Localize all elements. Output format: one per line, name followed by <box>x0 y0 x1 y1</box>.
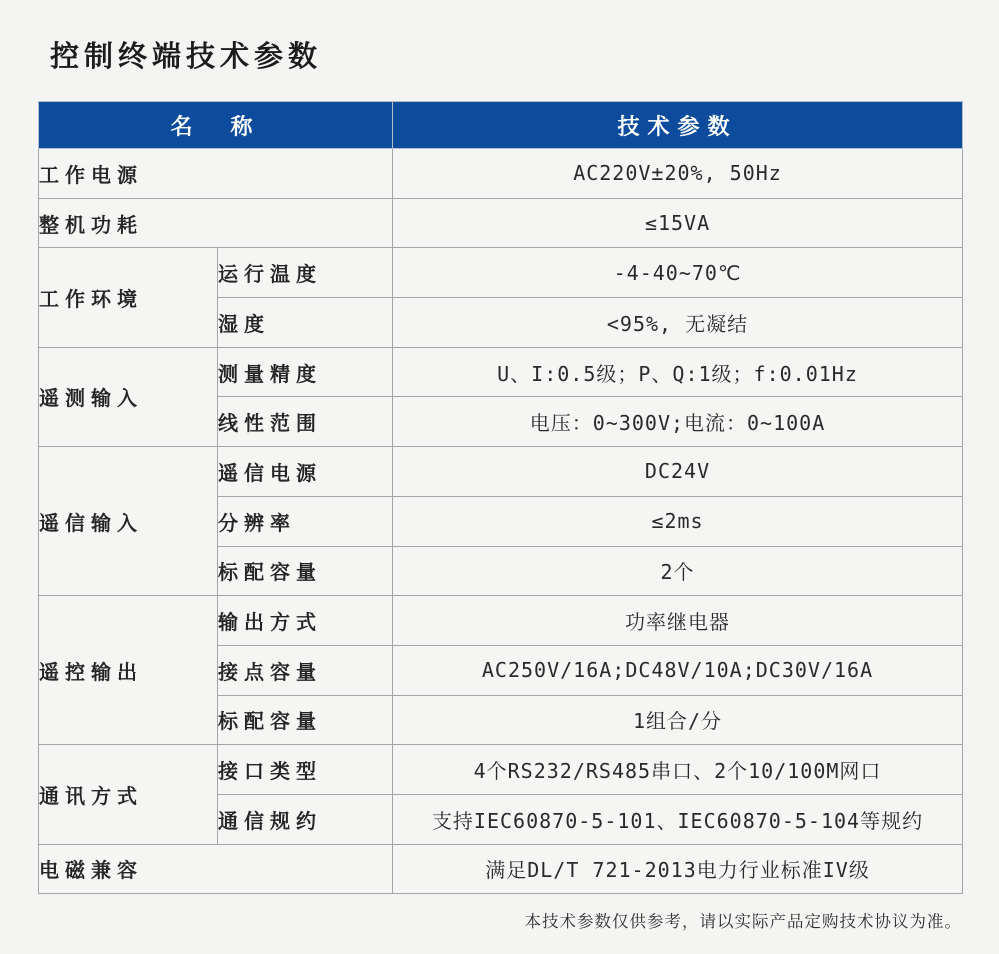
column-header-name: 名 称 <box>39 102 393 149</box>
table-row: 电磁兼容 满足DL/T 721-2013电力行业标准IV级 <box>39 844 963 894</box>
table-row: 遥测输入 测量精度 U、I:0.5级；P、Q:1级；f:0.01Hz <box>39 347 963 397</box>
row-group-label: 遥控输出 <box>39 596 218 745</box>
row-group-label: 工作环境 <box>39 248 218 347</box>
row-value: <95%, 无凝结 <box>393 298 963 348</box>
row-label: 工作电源 <box>39 149 393 199</box>
spec-table: 名 称 技术参数 工作电源 AC220V±20%, 50Hz 整机功耗 ≤15V… <box>38 101 963 894</box>
row-group-label: 遥信输入 <box>39 447 218 596</box>
table-row: 遥控输出 输出方式 功率继电器 <box>39 596 963 646</box>
row-value: ≤15VA <box>393 198 963 248</box>
row-value: 满足DL/T 721-2013电力行业标准IV级 <box>393 844 963 894</box>
row-sub-label: 接点容量 <box>218 645 393 695</box>
row-sub-label: 遥信电源 <box>218 447 393 497</box>
row-value: U、I:0.5级；P、Q:1级；f:0.01Hz <box>393 347 963 397</box>
row-sub-label: 测量精度 <box>218 347 393 397</box>
row-value: -4-40~70℃ <box>393 248 963 298</box>
row-value: 电压：0~300V;电流：0~100A <box>393 397 963 447</box>
row-sub-label: 标配容量 <box>218 695 393 745</box>
page: 控制终端技术参数 名 称 技术参数 工作电源 AC220V±20%, 50Hz … <box>0 0 999 954</box>
column-header-value: 技术参数 <box>393 102 963 149</box>
row-value: 1组合/分 <box>393 695 963 745</box>
row-sub-label: 输出方式 <box>218 596 393 646</box>
row-value: 2个 <box>393 546 963 596</box>
row-value: 功率继电器 <box>393 596 963 646</box>
table-row: 整机功耗 ≤15VA <box>39 198 963 248</box>
row-label: 整机功耗 <box>39 198 393 248</box>
row-value: AC250V/16A;DC48V/10A;DC30V/16A <box>393 645 963 695</box>
table-row: 通讯方式 接口类型 4个RS232/RS485串口、2个10/100M网口 <box>39 745 963 795</box>
footnote: 本技术参数仅供参考，请以实际产品定购技术协议为准。 <box>525 908 963 932</box>
row-value: AC220V±20%, 50Hz <box>393 149 963 199</box>
table-row: 工作环境 运行温度 -4-40~70℃ <box>39 248 963 298</box>
page-title: 控制终端技术参数 <box>50 34 322 75</box>
row-group-label: 通讯方式 <box>39 745 218 844</box>
row-value: ≤2ms <box>393 496 963 546</box>
table-row: 工作电源 AC220V±20%, 50Hz <box>39 149 963 199</box>
row-sub-label: 线性范围 <box>218 397 393 447</box>
row-sub-label: 湿度 <box>218 298 393 348</box>
row-value: 支持IEC60870-5-101、IEC60870-5-104等规约 <box>393 794 963 844</box>
row-sub-label: 运行温度 <box>218 248 393 298</box>
table-row: 遥信输入 遥信电源 DC24V <box>39 447 963 497</box>
row-label: 电磁兼容 <box>39 844 393 894</box>
row-sub-label: 标配容量 <box>218 546 393 596</box>
header-row: 名 称 技术参数 <box>39 102 963 149</box>
row-sub-label: 通信规约 <box>218 794 393 844</box>
row-sub-label: 接口类型 <box>218 745 393 795</box>
row-value: 4个RS232/RS485串口、2个10/100M网口 <box>393 745 963 795</box>
row-sub-label: 分辨率 <box>218 496 393 546</box>
row-group-label: 遥测输入 <box>39 347 218 446</box>
row-value: DC24V <box>393 447 963 497</box>
